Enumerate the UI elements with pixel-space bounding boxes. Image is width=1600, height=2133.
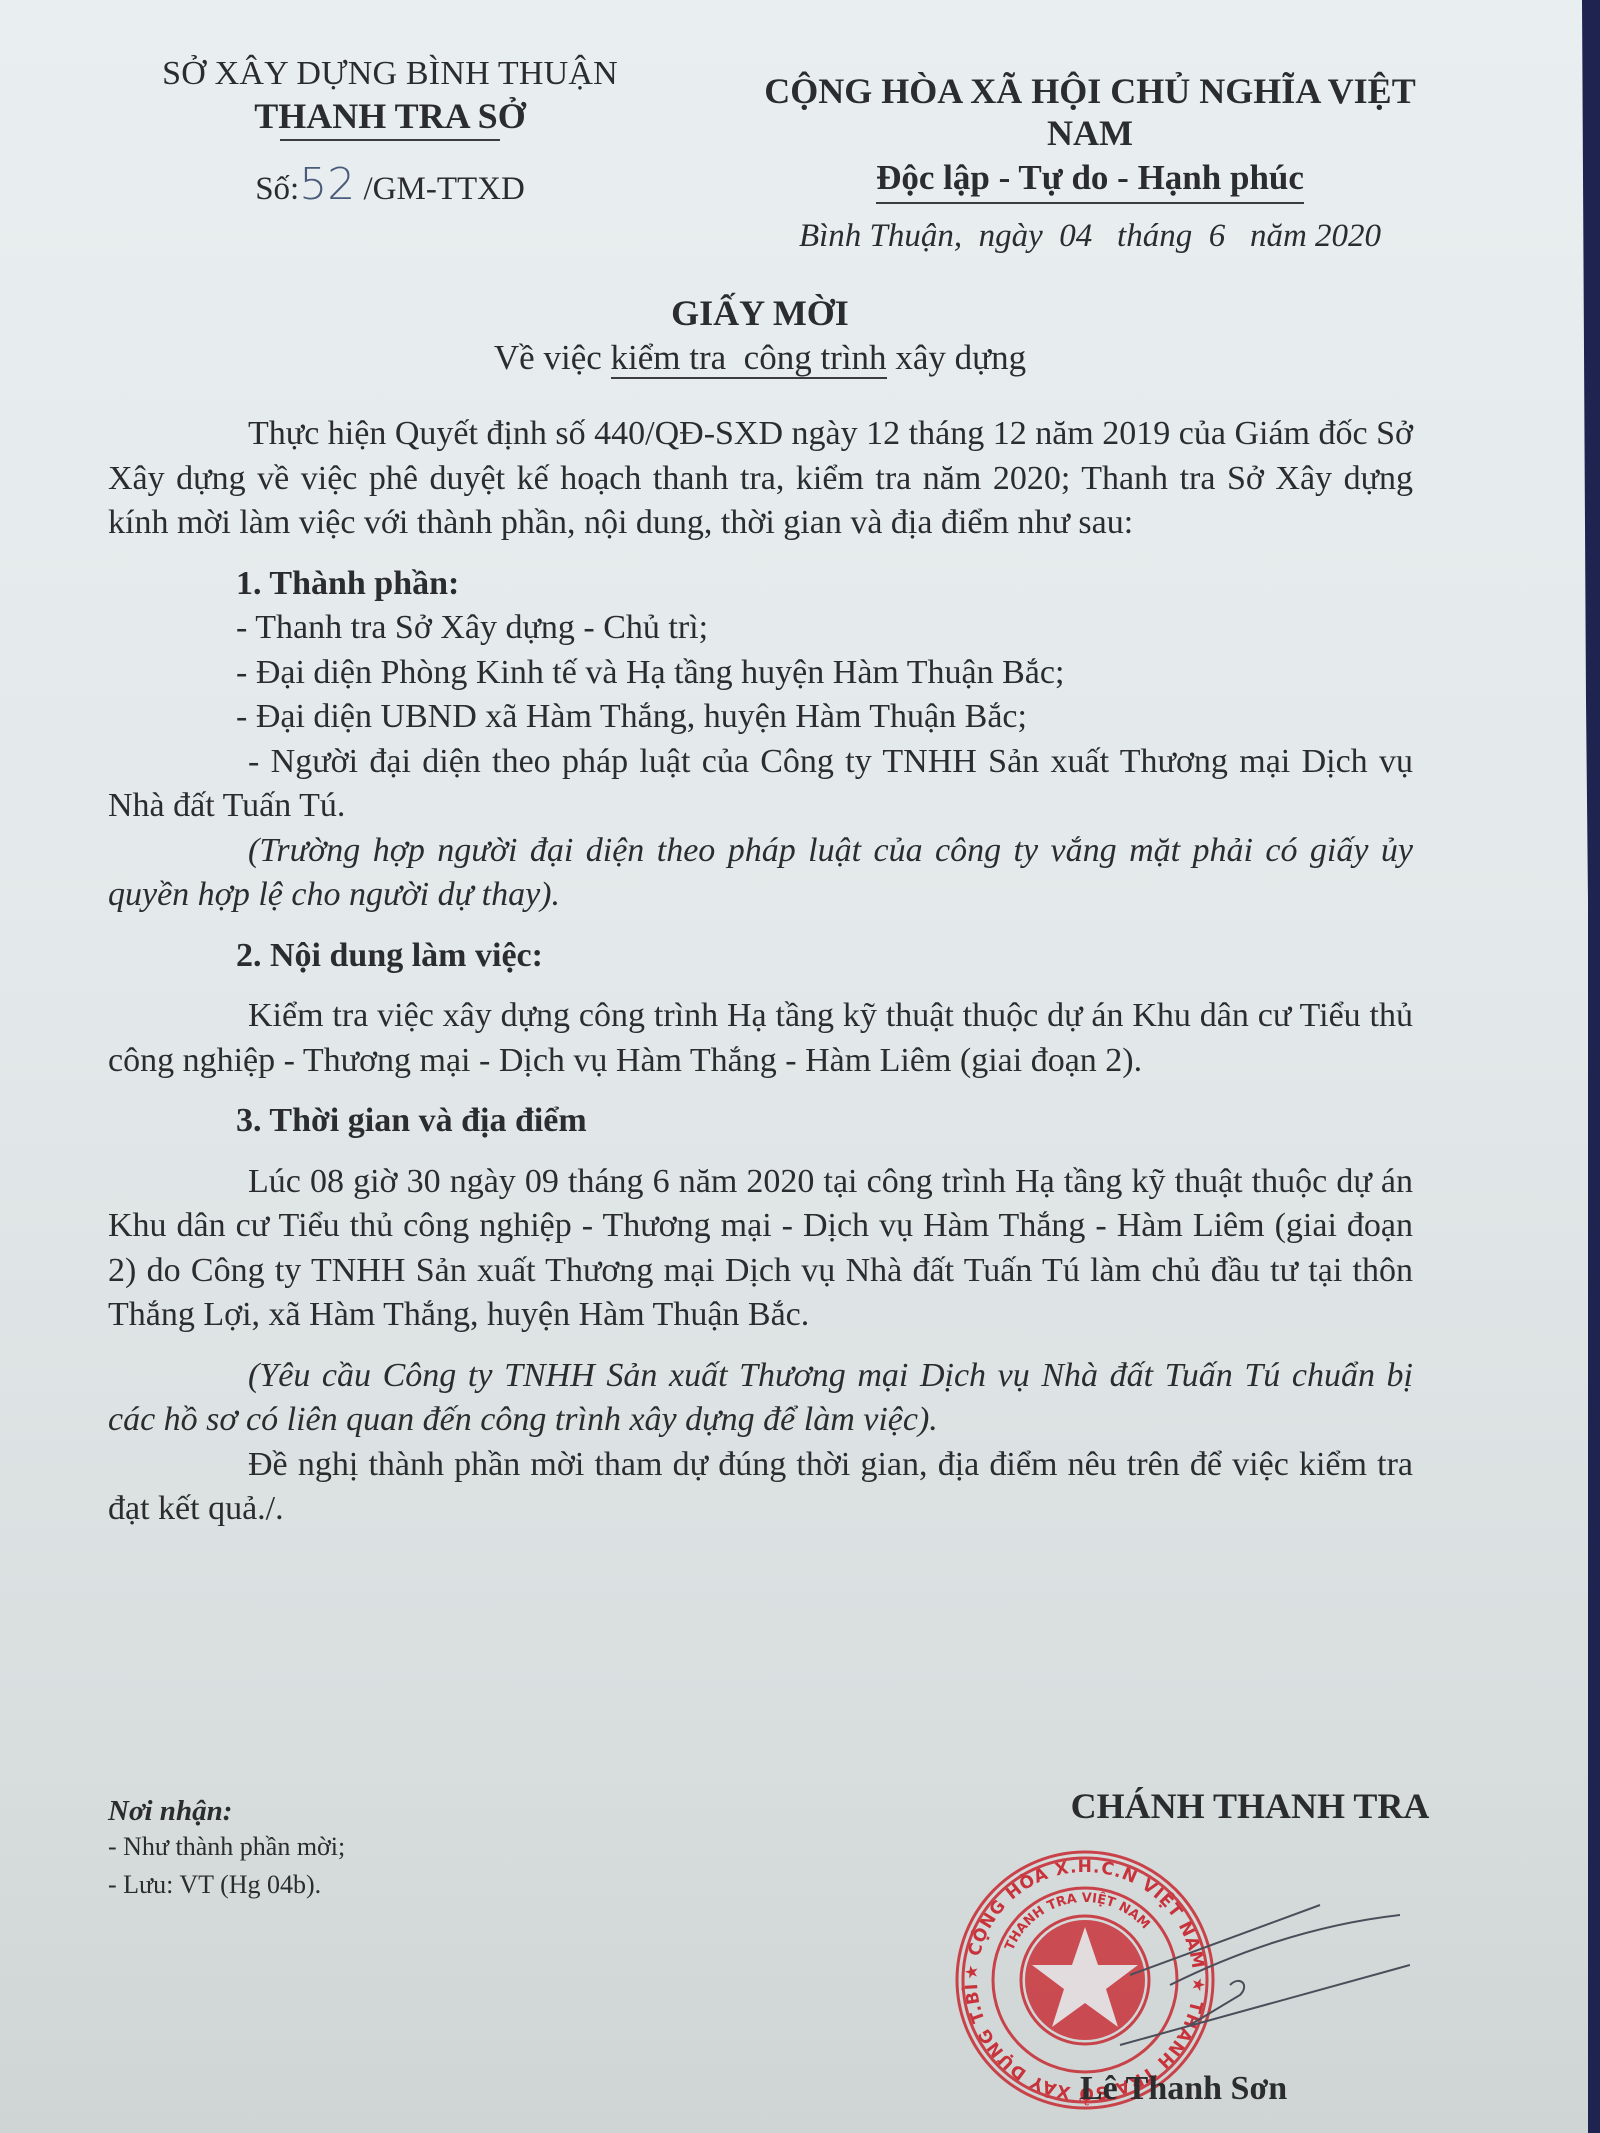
list-item: - Thanh tra Sở Xây dựng - Chủ trì; xyxy=(108,606,1413,651)
doc-number-handwritten: 52 xyxy=(299,159,355,210)
closing-paragraph: Đề nghị thành phần mời tham dự đúng thời… xyxy=(108,1443,1413,1532)
doc-number-suffix: /GM-TTXD xyxy=(363,171,524,207)
recipients-title: Nơi nhận: xyxy=(108,1795,708,1828)
doc-number-prefix: Số: xyxy=(255,171,299,207)
list-item: - Người đại diện theo pháp luật của Công… xyxy=(108,740,1413,829)
document-subject: Về việc kiểm tra công trình xây dựng xyxy=(320,338,1200,378)
list-item: - Đại diện Phòng Kinh tế và Hạ tầng huyệ… xyxy=(108,651,1413,696)
handwritten-signature-icon xyxy=(1110,1875,1410,2075)
recipients: Nơi nhận: - Như thành phần mời; - Lưu: V… xyxy=(108,1795,708,1904)
department-name: THANH TRA SỞ xyxy=(140,95,640,137)
dateline: Bình Thuận, ngày 04 tháng 6 năm 2020 xyxy=(740,218,1440,255)
section-2-text: Kiểm tra việc xây dựng công trình Hạ tần… xyxy=(108,994,1413,1083)
recipient-item: - Như thành phần mời; xyxy=(108,1828,708,1866)
document-page: SỞ XÂY DỰNG BÌNH THUẬN THANH TRA SỞ Số:5… xyxy=(0,0,1588,2133)
document-title: GIẤY MỜI xyxy=(320,292,1200,334)
list-item: - Đại diện UBND xã Hàm Thắng, huyện Hàm … xyxy=(108,695,1413,740)
intro-paragraph: Thực hiện Quyết định số 440/QĐ-SXD ngày … xyxy=(108,412,1413,546)
subject-suffix: xây dựng xyxy=(887,338,1027,377)
section-1-heading: 1. Thành phần: xyxy=(108,562,1413,607)
section-3-text: Lúc 08 giờ 30 ngày 09 tháng 6 năm 2020 t… xyxy=(108,1160,1413,1338)
subject-prefix: Về việc xyxy=(494,338,611,377)
signer-title: CHÁNH THANH TRA xyxy=(930,1785,1450,1827)
section-3-heading: 3. Thời gian và địa điểm xyxy=(108,1099,1413,1144)
motto: Độc lập - Tự do - Hạnh phúc xyxy=(876,158,1304,204)
document-body: Thực hiện Quyết định số 440/QĐ-SXD ngày … xyxy=(108,412,1413,1532)
recipient-item: - Lưu: VT (Hg 04b). xyxy=(108,1866,708,1904)
signer-name: Lê Thanh Sơn xyxy=(1080,2070,1287,2108)
header-right: CỘNG HÒA XÃ HỘI CHỦ NGHĨA VIỆT NAM Độc l… xyxy=(740,70,1440,255)
section-1-note: (Trường hợp người đại diện theo pháp luậ… xyxy=(108,829,1413,918)
subject-underlined: kiểm tra công trình xyxy=(611,338,887,379)
document-number: Số:52 /GM-TTXD xyxy=(140,159,640,210)
header-rule xyxy=(280,139,500,141)
section-2-heading: 2. Nội dung làm việc: xyxy=(108,934,1413,979)
signature-block: CHÁNH THANH TRA ★ CỘNG HÒA X.H.C.N VIỆT … xyxy=(930,1785,1450,2125)
agency-name: SỞ XÂY DỰNG BÌNH THUẬN xyxy=(140,55,640,93)
header-left: SỞ XÂY DỰNG BÌNH THUẬN THANH TRA SỞ Số:5… xyxy=(140,55,640,210)
nation-title: CỘNG HÒA XÃ HỘI CHỦ NGHĨA VIỆT NAM xyxy=(740,70,1440,154)
section-3-note: (Yêu cầu Công ty TNHH Sản xuất Thương mạ… xyxy=(108,1354,1413,1443)
title-block: GIẤY MỜI Về việc kiểm tra công trình xây… xyxy=(320,292,1200,378)
